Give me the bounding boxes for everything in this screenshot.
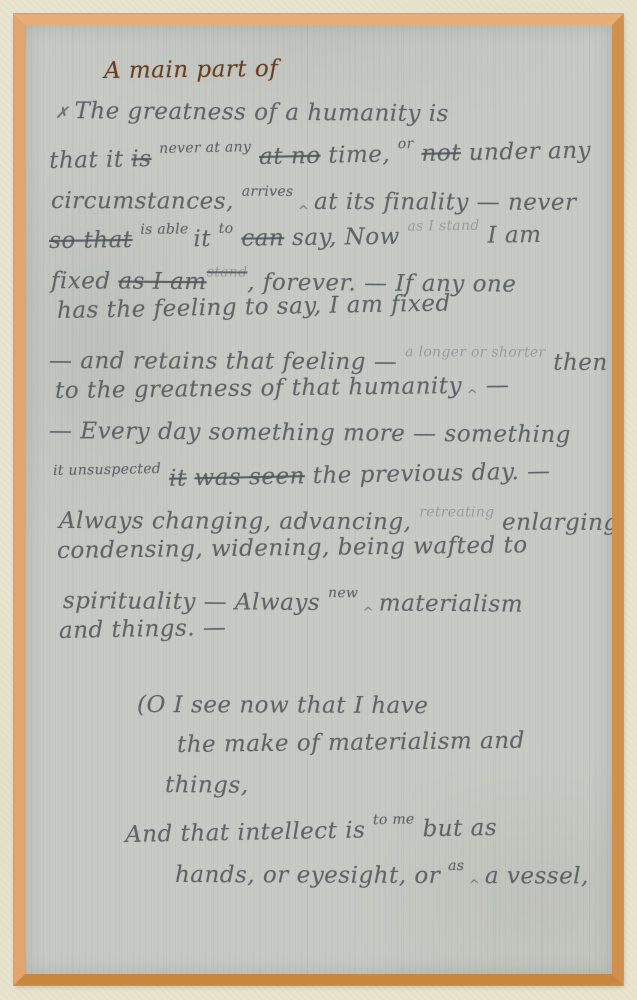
inserted-text: retreating: [419, 504, 494, 520]
handwritten-text: (O I see now that I have: [137, 692, 428, 719]
strikethrough-text: is: [131, 146, 152, 172]
inserted-text: as I stand: [407, 218, 479, 235]
frame-fillet: A main part of✗ The greatness of a human…: [14, 14, 623, 985]
handwritten-text: the previous day. —: [305, 458, 551, 489]
strikethrough-text: can: [241, 225, 284, 252]
caret-mark: ^: [464, 878, 485, 893]
handwritten-text: things,: [165, 772, 249, 799]
handwritten-text: time,: [320, 141, 398, 168]
caret-mark: ^: [462, 388, 478, 403]
strikethrough-text: at no: [259, 143, 321, 170]
inserted-text: arrives: [242, 184, 294, 200]
manuscript-line: A main part of: [104, 45, 602, 91]
handwritten-text: and things. —: [59, 615, 227, 644]
handwritten-text: say, Now: [284, 224, 408, 252]
inserted-text: never at any: [159, 139, 251, 157]
handwritten-text: hands, or eyesight, or: [175, 862, 448, 889]
handwritten-text: under any: [461, 138, 592, 166]
manuscript-line: the make of materialism and: [177, 720, 602, 765]
handwritten-text: it: [193, 226, 219, 252]
handwritten-text: to the greatness of that humanity: [55, 373, 462, 404]
strikethrough-text: so that: [49, 227, 133, 254]
handwritten-text: that it: [49, 146, 132, 174]
strikethrough-text: not: [421, 140, 461, 167]
handwritten-text: condensing, widening, being wafted to: [57, 532, 528, 564]
matboard: A main part of✗ The greatness of a human…: [0, 0, 637, 1000]
manuscript-line: condensing, widening, being wafted to: [57, 524, 602, 571]
inserted-text: new: [328, 585, 358, 601]
handwritten-text: a vessel,: [485, 863, 589, 889]
manuscript-text: A main part of✗ The greatness of a human…: [25, 25, 612, 885]
inserted-text: or: [398, 136, 414, 152]
strikethrough-text: was seen: [194, 463, 305, 491]
handwritten-text: —: [478, 372, 510, 398]
handwritten-text: The greatness of a humanity is: [74, 98, 449, 127]
inserted-text: a longer or shorter: [405, 344, 545, 360]
x-mark: ✗: [55, 103, 75, 122]
inserted-text: to: [219, 221, 234, 237]
inserted-text: is able: [140, 221, 193, 238]
scanned-manuscript-photo: { "artwork": { "kind": "handwritten manu…: [0, 0, 637, 1000]
strikethrough-text: stand: [207, 264, 248, 280]
manuscript-paper: A main part of✗ The greatness of a human…: [25, 25, 612, 974]
handwritten-text: I am: [480, 222, 542, 249]
manuscript-line: so that is able it to can say, Now as I …: [49, 204, 602, 251]
strikethrough-text: it: [169, 465, 187, 491]
manuscript-line: to the greatness of that humanity ^ —: [55, 364, 602, 411]
handwritten-text: And that intellect is: [125, 817, 373, 848]
inserted-text: it unsuspected: [53, 461, 161, 479]
inserted-text: as: [448, 858, 464, 874]
manuscript-line: And that intellect is to me but as: [125, 796, 603, 845]
handwritten-text: but as: [414, 815, 497, 843]
manuscript-line: hands, or eyesight, or as ^ a vessel,: [175, 845, 602, 886]
inserted-text: to me: [373, 811, 415, 828]
handwritten-text: the make of materialism and: [177, 728, 525, 758]
handwritten-text: has the feeling to say, I am fixed: [57, 290, 451, 324]
ink-heading-text: A main part of: [104, 56, 279, 84]
